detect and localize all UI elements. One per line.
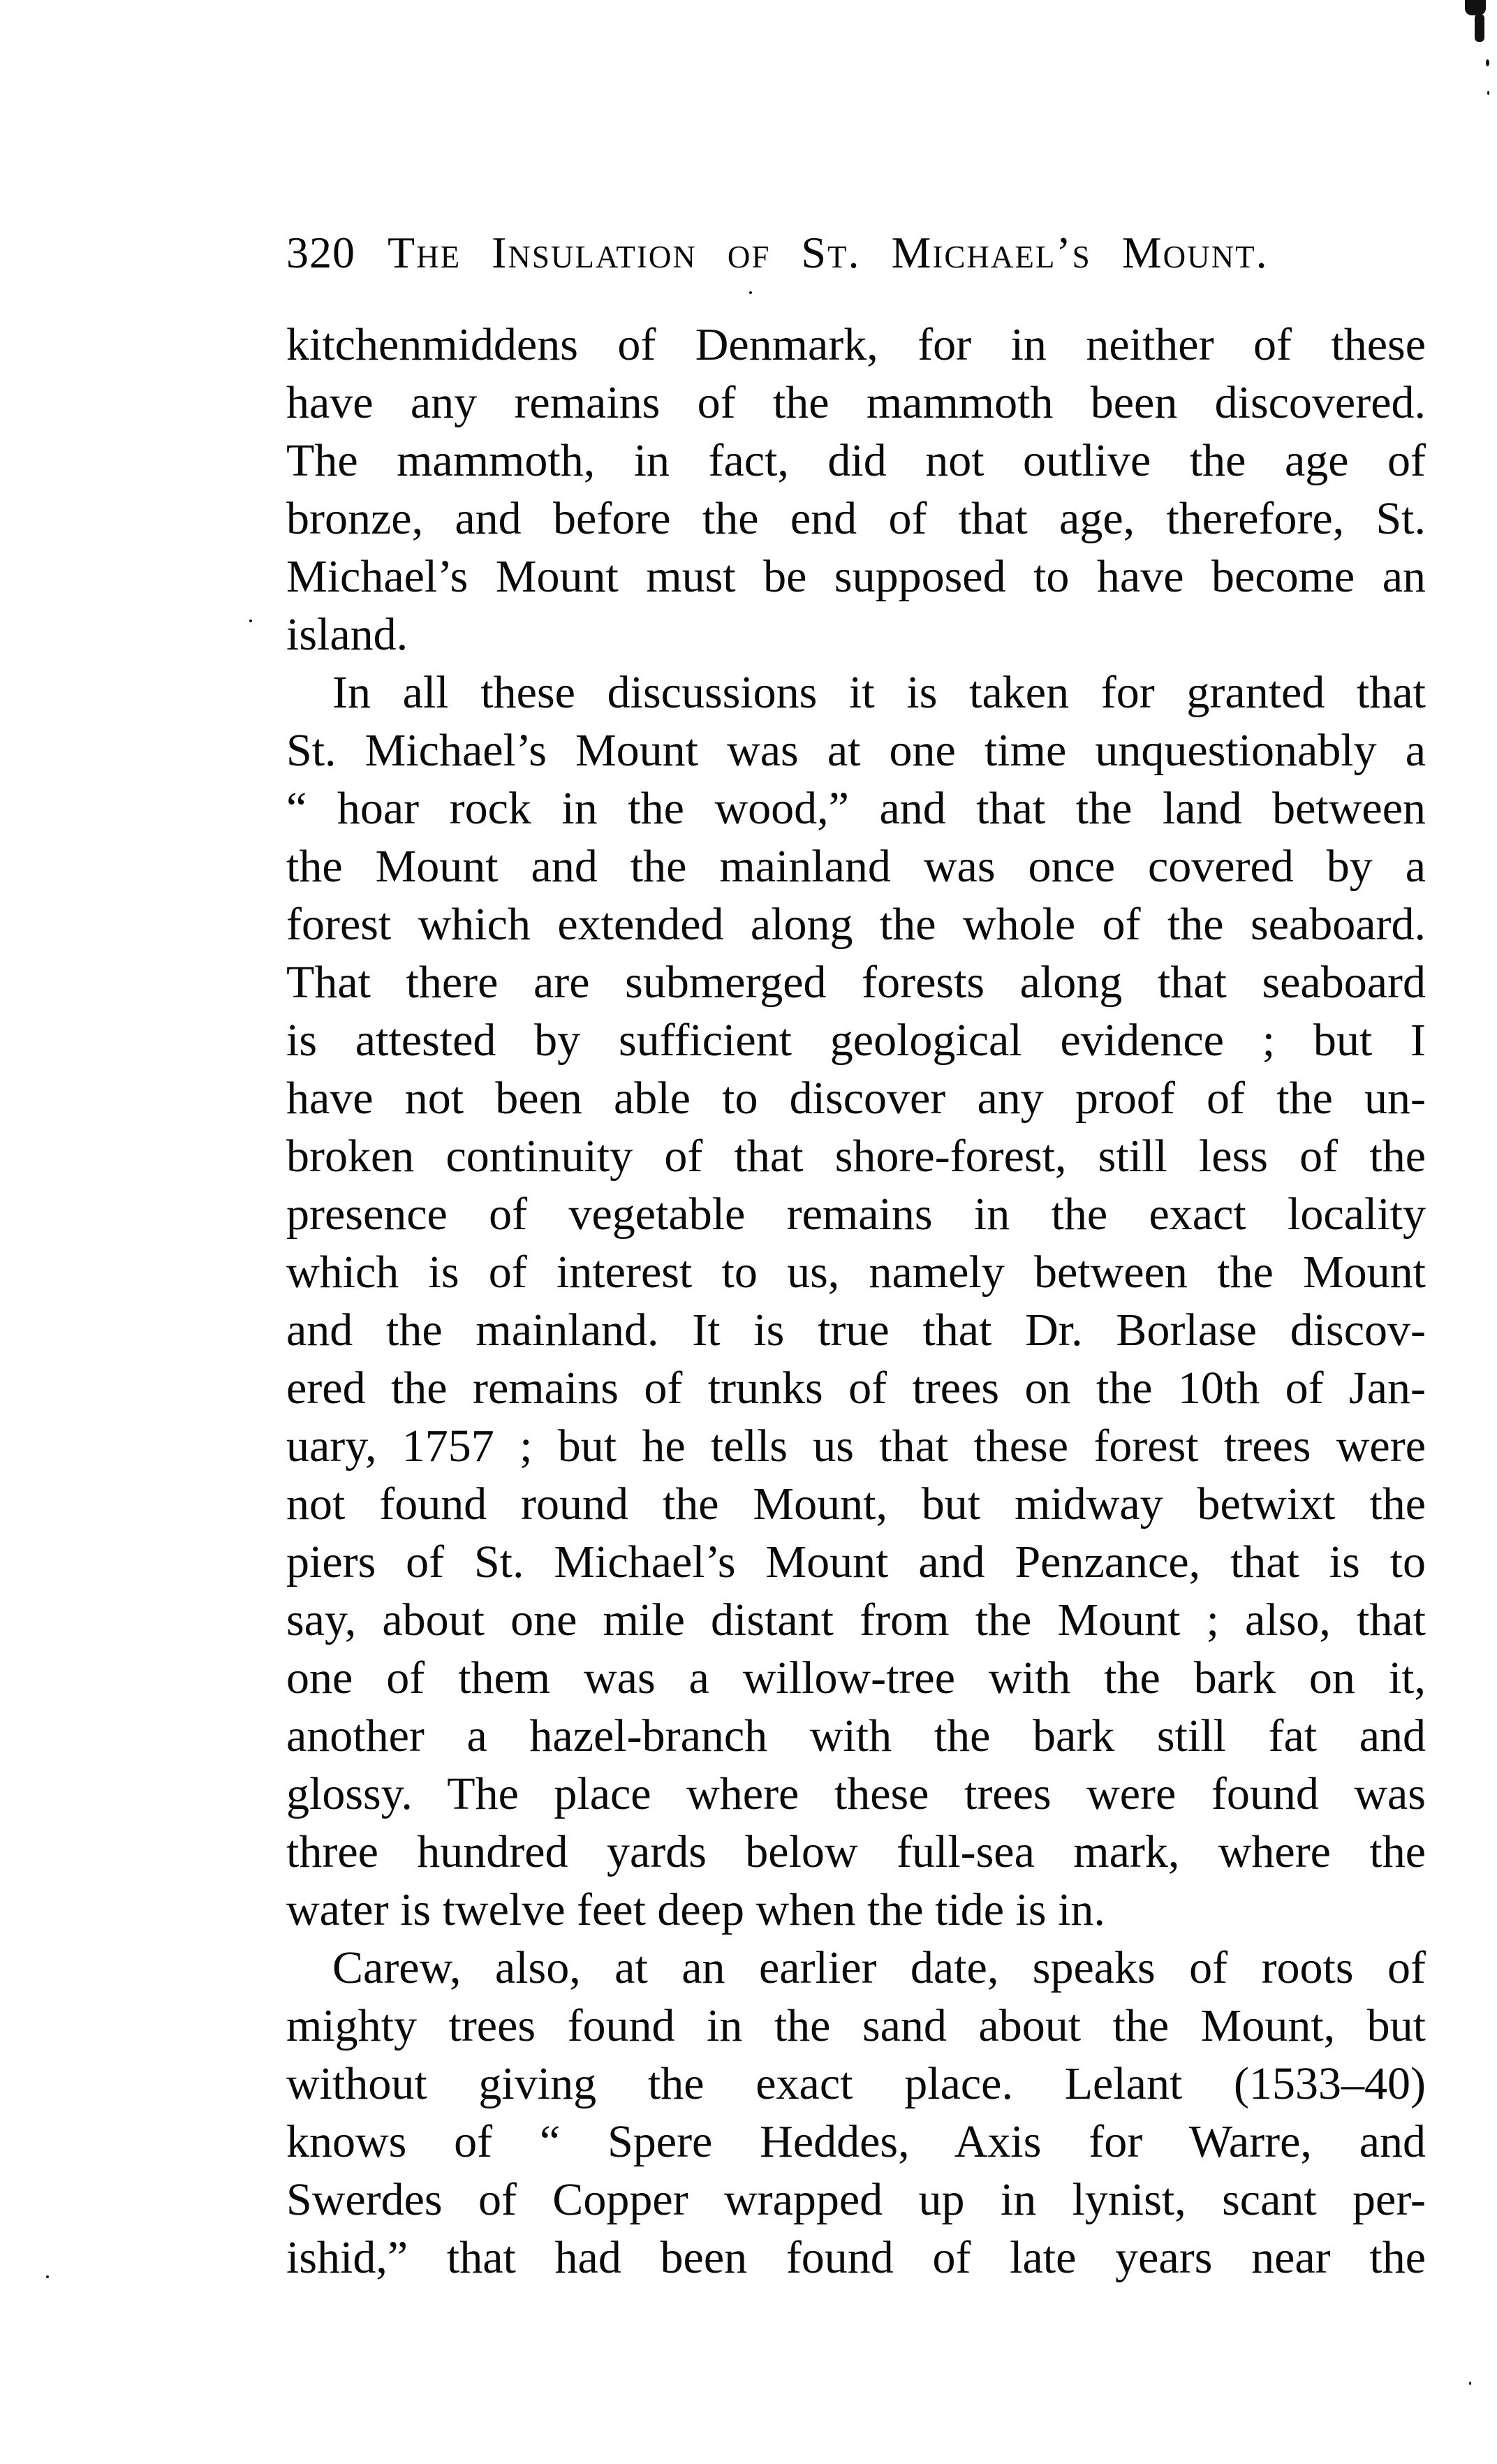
text-line: is attested by sufficient geological evi… <box>286 1011 1426 1069</box>
text-line: Swerdes of Copper wrapped up in lynist, … <box>286 2171 1426 2229</box>
body-text: kitchenmiddens of Denmark, for in neithe… <box>286 316 1426 2287</box>
text-line: say, about one mile distant from the Mou… <box>286 1591 1426 1649</box>
scan-speck <box>249 619 252 622</box>
text-line: ered the remains of trunks of trees on t… <box>286 1359 1426 1417</box>
text-line: have not been able to discover any proof… <box>286 1069 1426 1127</box>
scan-smudge-top-right <box>1465 0 1486 15</box>
text-line: Michael’s Mount must be supposed to have… <box>286 548 1426 606</box>
text-line: Carew, also, at an earlier date, speaks … <box>286 1939 1426 1997</box>
text-line: which is of interest to us, namely betwe… <box>286 1243 1426 1301</box>
text-line: have any remains of the mammoth been dis… <box>286 374 1426 432</box>
text-line: In all these discussions it is taken for… <box>286 663 1426 721</box>
text-line: St. Michael’s Mount was at one time unqu… <box>286 721 1426 779</box>
text-line: one of them was a willow-tree with the b… <box>286 1649 1426 1707</box>
running-title: The Insulation of St. Michael’s Mount. <box>388 228 1269 277</box>
text-line: island. <box>286 606 1426 663</box>
text-line: and the mainland. It is true that Dr. Bo… <box>286 1301 1426 1359</box>
text-line: uary, 1757 ; but he tells us that these … <box>286 1417 1426 1475</box>
scan-speck <box>1487 91 1489 95</box>
text-line: three hundred yards below full-sea mark,… <box>286 1823 1426 1881</box>
book-page: 320 The Insulation of St. Michael’s Moun… <box>0 0 1497 2464</box>
text-line: bronze, and before the end of that age, … <box>286 490 1426 548</box>
scan-speck <box>749 291 752 294</box>
scan-speck <box>1469 2382 1471 2385</box>
text-line: glossy. The place where these trees were… <box>286 1765 1426 1823</box>
text-line: The mammoth, in fact, did not outlive th… <box>286 432 1426 490</box>
text-line: the Mount and the mainland was once cove… <box>286 837 1426 895</box>
text-line: forest which extended along the whole of… <box>286 895 1426 953</box>
text-line: That there are submerged forests along t… <box>286 953 1426 1011</box>
text-line: not found round the Mount, but midway be… <box>286 1475 1426 1533</box>
text-line: piers of St. Michael’s Mount and Penzanc… <box>286 1533 1426 1591</box>
text-line: without giving the exact place. Lelant (… <box>286 2055 1426 2113</box>
text-line: knows of “ Spere Heddes, Axis for Warre,… <box>286 2113 1426 2171</box>
page-number: 320 <box>286 228 355 277</box>
text-line: water is twelve feet deep when the tide … <box>286 1881 1426 1939</box>
text-line: another a hazel-branch with the bark sti… <box>286 1707 1426 1765</box>
text-line: kitchenmiddens of Denmark, for in neithe… <box>286 316 1426 374</box>
text-line: mighty trees found in the sand about the… <box>286 1997 1426 2055</box>
text-line: presence of vegetable remains in the exa… <box>286 1185 1426 1243</box>
text-line: broken continuity of that shore-forest, … <box>286 1127 1426 1185</box>
scan-speck <box>46 2275 49 2278</box>
text-line: ishid,” that had been found of late year… <box>286 2229 1426 2287</box>
scan-smudge-top-right-2 <box>1475 14 1484 42</box>
text-line: “ hoar rock in the wood,” and that the l… <box>286 779 1426 837</box>
scan-speck <box>1486 59 1489 66</box>
running-head: 320 The Insulation of St. Michael’s Moun… <box>286 225 1424 281</box>
